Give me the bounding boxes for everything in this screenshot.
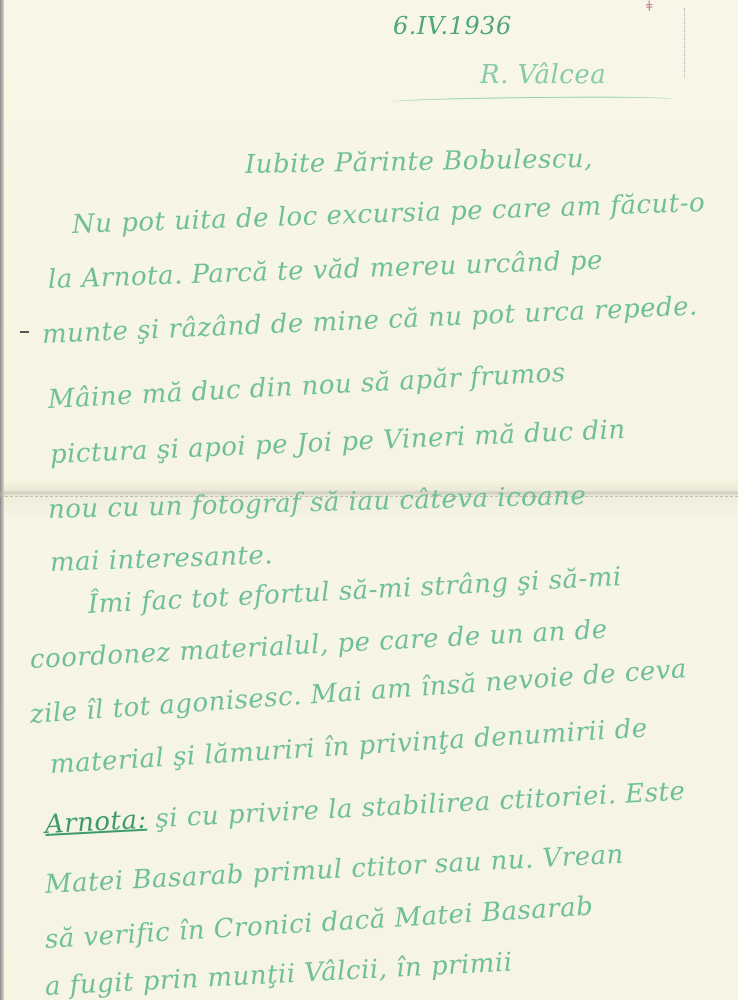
- letter-date: 6.IV.1936: [393, 12, 512, 40]
- margin-dash-mark: [20, 331, 29, 333]
- letter-place: R. Vâlcea: [480, 60, 606, 90]
- page-left-edge: [0, 0, 4, 1000]
- letter-salutation: Iubite Părinte Bobulescu,: [245, 144, 593, 180]
- ink-stain-mark: ǂ: [646, 0, 652, 18]
- margin-pencil-mark: [684, 8, 686, 78]
- emphasized-word: Arnota:: [44, 805, 147, 840]
